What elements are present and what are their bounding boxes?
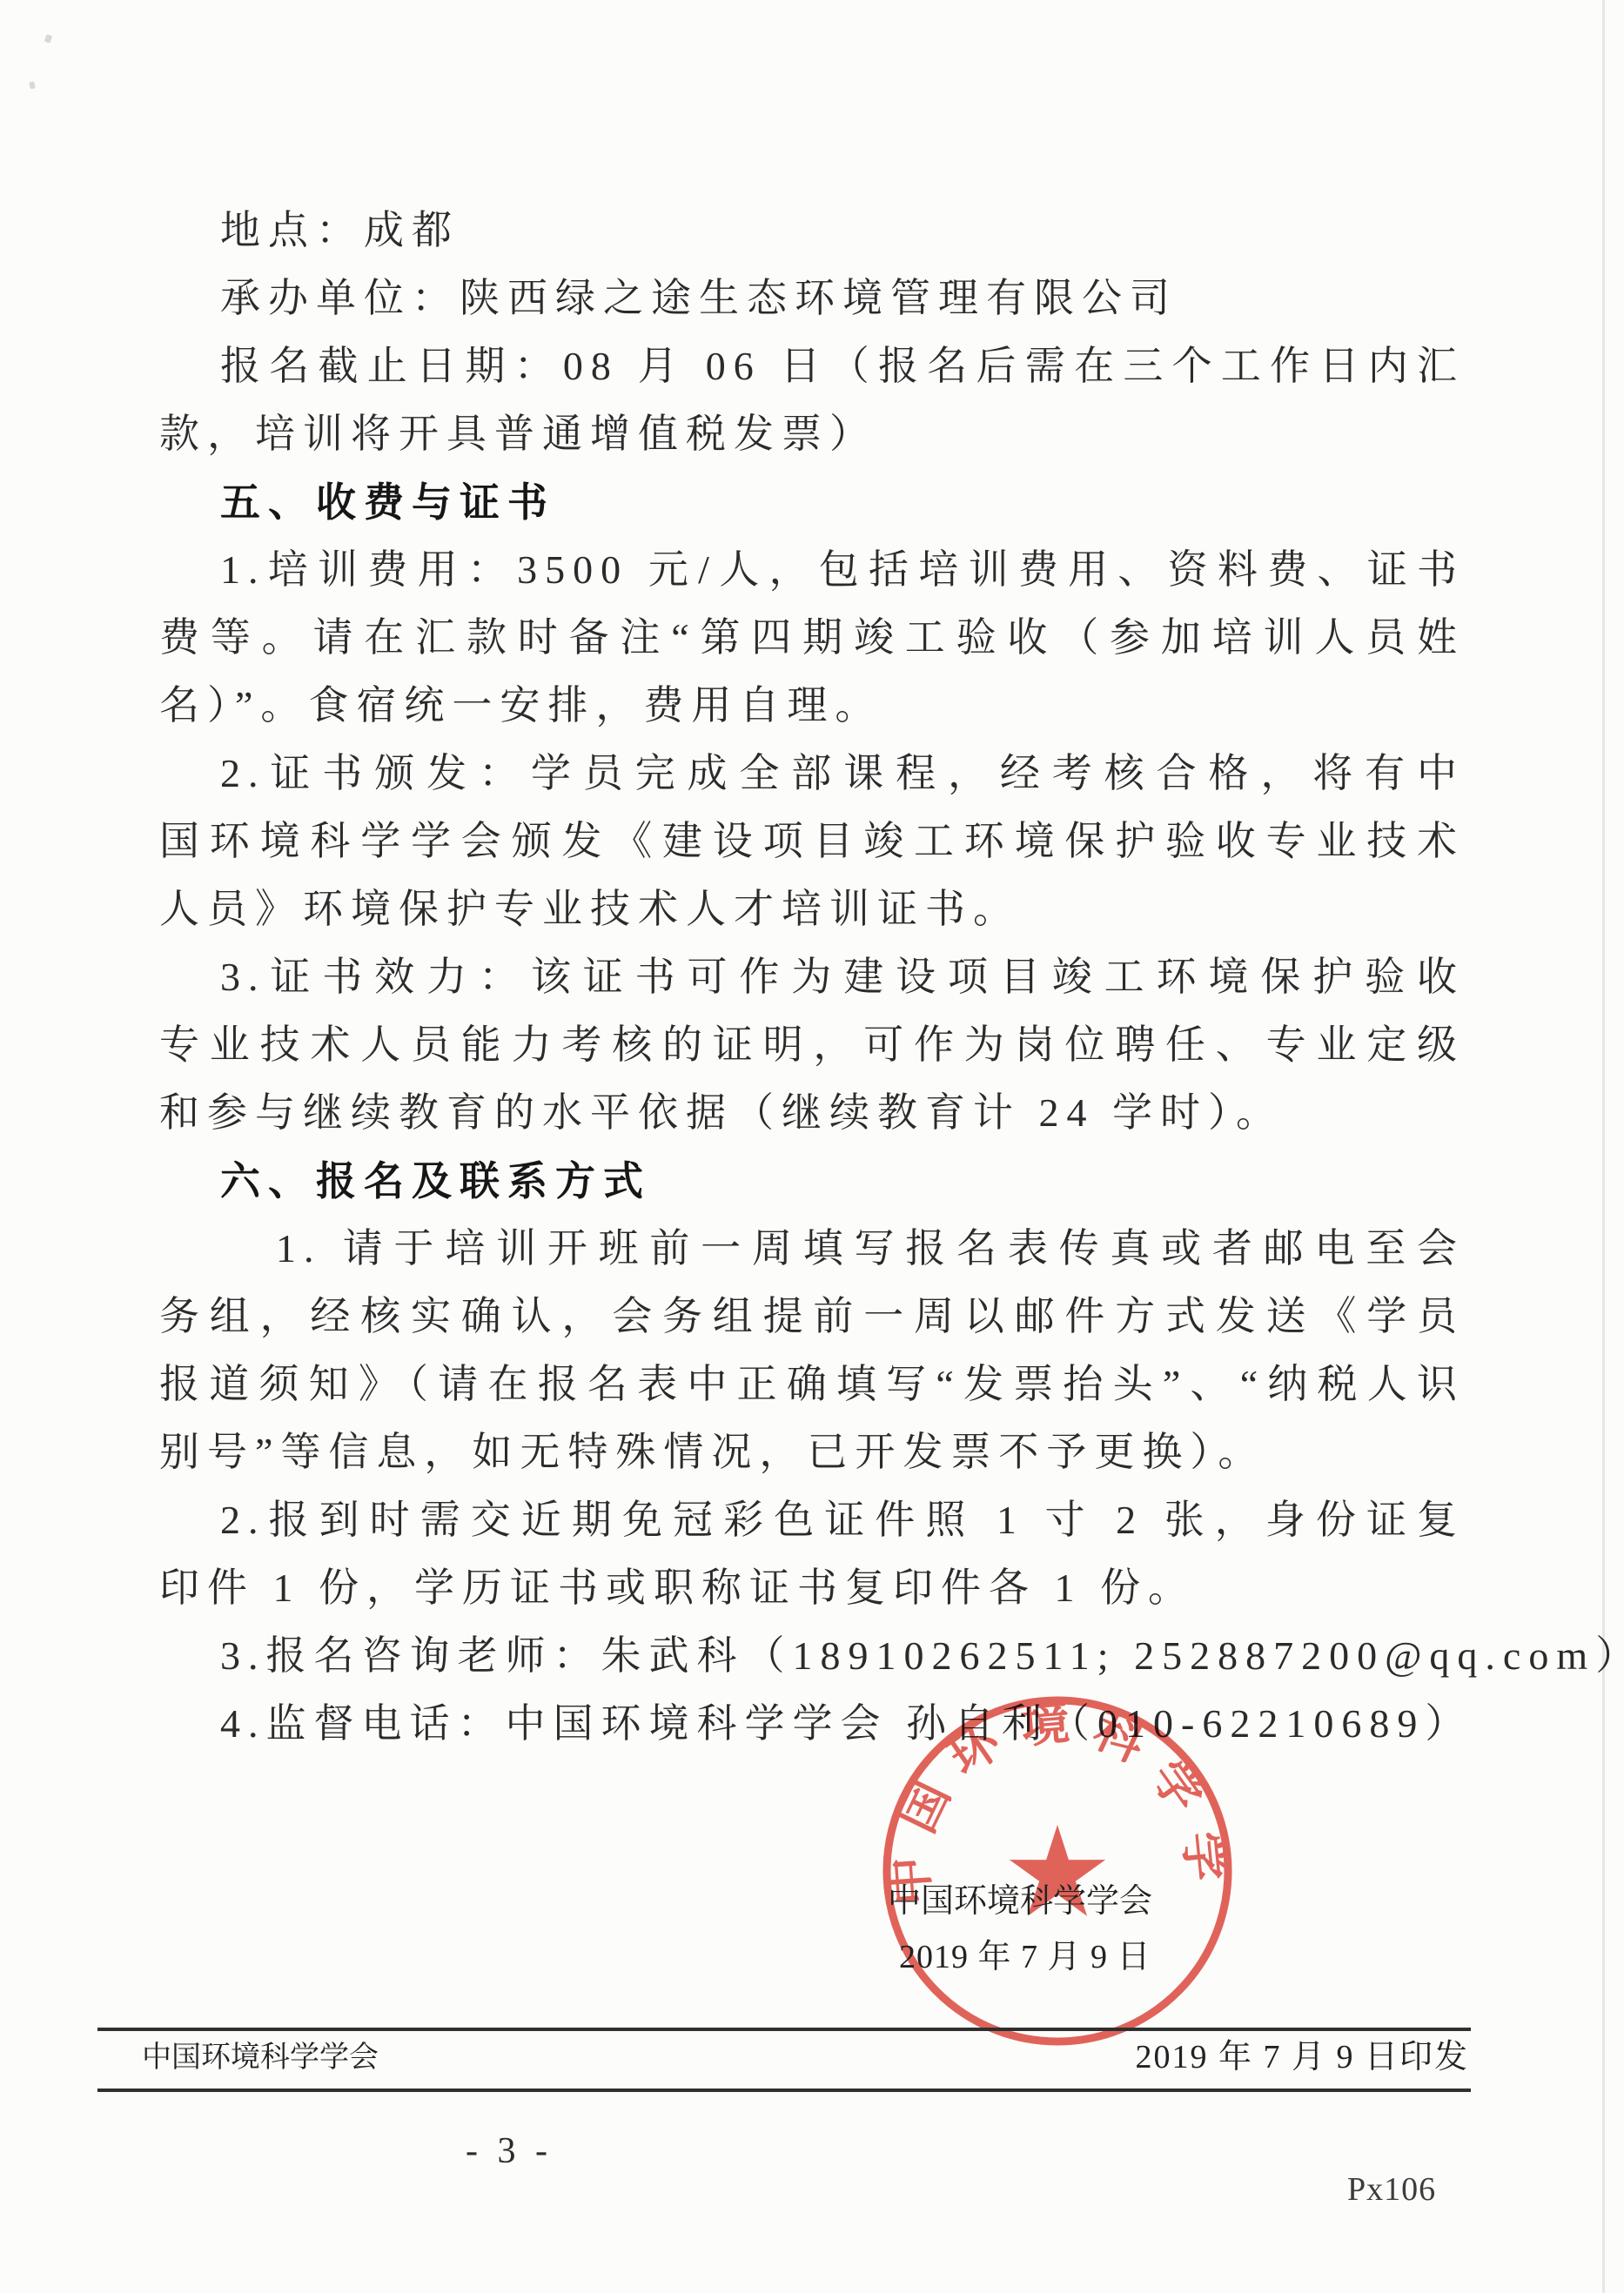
text-line: 地点：成都 bbox=[159, 197, 1482, 265]
text-line: 1. 请于培训开班前一周填写报名表传真或者邮电至会 bbox=[159, 1215, 1465, 1283]
document-body: 地点：成都 承办单位：陕西绿之途生态环境管理有限公司 报名截止日期：08 月 0… bbox=[159, 197, 1482, 1758]
ink-speck bbox=[29, 81, 36, 89]
signature-date: 2019 年 7 月 9 日 bbox=[899, 1935, 1151, 1979]
official-seal-stamp: 中国环境科学学会 bbox=[875, 1688, 1240, 2054]
section-heading: 五、收费与证书 bbox=[159, 468, 1482, 536]
text-line: 3.报名咨询老师：朱武科（18910262511; 252887200@qq.c… bbox=[159, 1622, 1482, 1690]
text-line: 承办单位：陕西绿之途生态环境管理有限公司 bbox=[159, 265, 1482, 332]
print-code: Px106 bbox=[1347, 2170, 1436, 2209]
text-line: 国环境科学学会颁发《建设项目竣工环境保护验收专业技术 bbox=[159, 808, 1465, 875]
section-heading: 六、报名及联系方式 bbox=[159, 1147, 1482, 1215]
scanned-document-page: 地点：成都 承办单位：陕西绿之途生态环境管理有限公司 报名截止日期：08 月 0… bbox=[0, 0, 1624, 2293]
text-line: 报道须知》（请在报名表中正确填写“发票抬头”、“纳税人识 bbox=[159, 1351, 1465, 1418]
text-line: 2.报到时需交近期免冠彩色证件照 1 寸 2 张，身份证复 bbox=[159, 1486, 1465, 1554]
text-line: 名）”。食宿统一安排，费用自理。 bbox=[159, 672, 1482, 740]
text-line: 务组，经核实确认，会务组提前一周以邮件方式发送《学员 bbox=[159, 1283, 1465, 1351]
text-line: 报名截止日期：08 月 06 日（报名后需在三个工作日内汇 bbox=[159, 332, 1465, 400]
signature-org: 中国环境科学学会 bbox=[888, 1880, 1152, 1923]
page-edge-shadow bbox=[1602, 0, 1605, 2293]
text-line: 别号”等信息，如无特殊情况，已开发票不予更换）。 bbox=[159, 1418, 1482, 1486]
footer-rule-top bbox=[97, 2028, 1471, 2031]
text-line: 款，培训将开具普通增值税发票） bbox=[159, 400, 1482, 468]
footer-issue-date: 2019 年 7 月 9 日印发 bbox=[992, 2036, 1469, 2078]
text-line: 印件 1 份，学历证书或职称证书复印件各 1 份。 bbox=[159, 1554, 1482, 1622]
ink-speck bbox=[44, 34, 53, 44]
page-number: - 3 - bbox=[440, 2130, 579, 2172]
text-line: 费等。请在汇款时备注“第四期竣工验收（参加培训人员姓 bbox=[159, 604, 1465, 672]
text-line: 专业技术人员能力考核的证明，可作为岗位聘任、专业定级 bbox=[159, 1011, 1465, 1079]
footer-org: 中国环境科学学会 bbox=[142, 2037, 379, 2079]
text-line: 4.监督电话：中国环境科学学会 孙自利（010-62210689） bbox=[159, 1690, 1482, 1758]
footer-rule-bottom bbox=[97, 2089, 1471, 2092]
text-line: 3.证书效力：该证书可作为建设项目竣工环境保护验收 bbox=[159, 943, 1465, 1011]
text-line: 2.证书颁发：学员完成全部课程，经考核合格，将有中 bbox=[159, 740, 1465, 808]
text-line: 人员》环境保护专业技术人才培训证书。 bbox=[159, 875, 1482, 943]
text-line: 和参与继续教育的水平依据（继续教育计 24 学时）。 bbox=[159, 1079, 1482, 1147]
text-line: 1.培训费用：3500 元/人，包括培训费用、资料费、证书 bbox=[159, 536, 1465, 604]
